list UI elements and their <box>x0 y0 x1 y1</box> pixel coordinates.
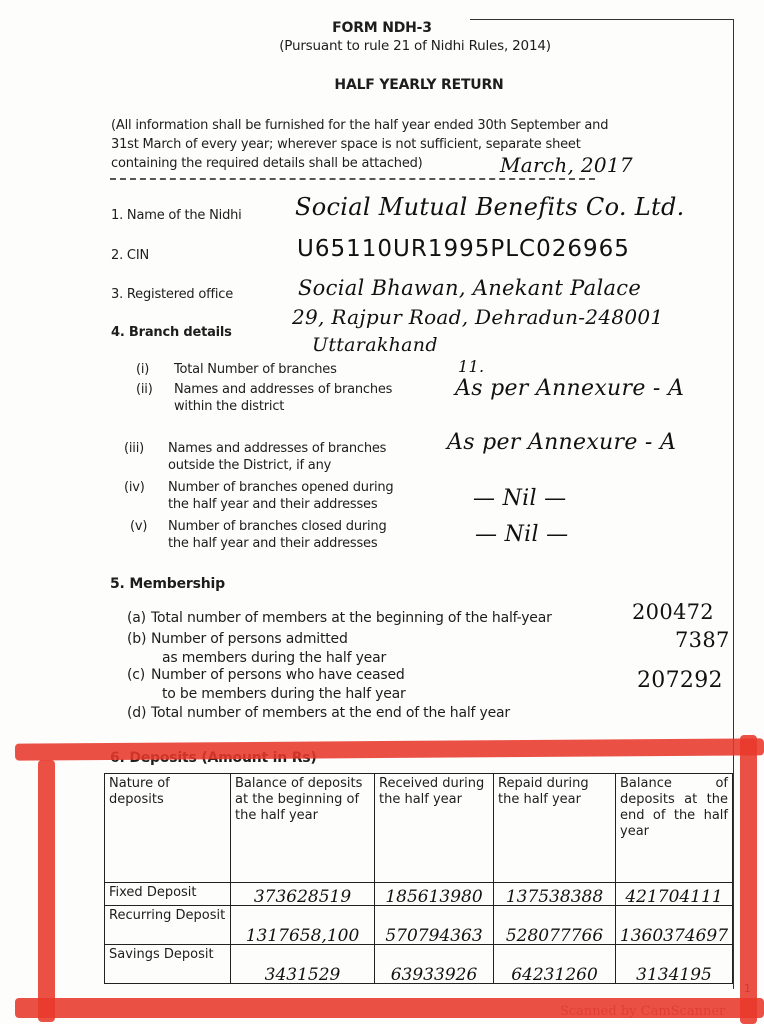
closing-balance: 421704111 <box>616 883 733 906</box>
membership-item-b: (b)Number of persons admitted as members… <box>127 630 386 668</box>
column-header: Balance of deposits at the end of the ha… <box>616 774 733 883</box>
members-admitted-value: 7387 <box>675 628 730 652</box>
column-header: Balance of deposits at the beginning of … <box>231 774 375 883</box>
branch-item-label-cont: outside the District, if any <box>124 457 386 474</box>
opening-balance: 1317658,100 <box>231 906 375 945</box>
cin-value: U65110UR1995PLC026965 <box>297 236 630 262</box>
branch-item-number: (i) <box>136 362 174 378</box>
instructions: (All information shall be furnished for … <box>111 116 726 173</box>
name-label: 1. Name of the Nidhi <box>111 208 242 223</box>
repaid-amount: 528077766 <box>494 906 616 945</box>
branch-item-label: Total Number of branches <box>174 362 337 377</box>
branch-item-label: Number of branches opened during <box>168 480 393 495</box>
branches-opened-value: — Nil — <box>473 486 566 511</box>
branch-item-4: (iv)Number of branches opened during the… <box>124 479 393 513</box>
form-title: FORM NDH-3 <box>0 20 764 36</box>
repaid-amount: 64231260 <box>494 945 616 984</box>
branch-item-number: (iii) <box>124 440 168 457</box>
closing-balance: 3134195 <box>616 945 733 984</box>
deposit-type: Fixed Deposit <box>105 883 231 906</box>
closing-balance: 1360374697 <box>616 906 733 945</box>
highlight-stroke-right <box>740 735 757 1024</box>
membership-item-label: Total number of members at the beginning… <box>151 610 552 626</box>
column-header: Repaid during the half year <box>494 774 616 883</box>
branch-item-number: (v) <box>130 518 168 535</box>
highlight-stroke-bottom <box>15 998 764 1018</box>
repaid-amount: 137538388 <box>494 883 616 906</box>
membership-heading: 5. Membership <box>110 576 225 592</box>
branches-within-district-value: As per Annexure - A <box>455 376 684 401</box>
office-label: 3. Registered office <box>111 287 233 302</box>
return-period: March, 2017 <box>500 153 633 177</box>
office-value-line-2: 29, Rajpur Road, Dehradun-248001 <box>292 305 663 329</box>
branch-item-5: (v)Number of branches closed during the … <box>130 518 387 552</box>
branch-item-label-cont: the half year and their addresses <box>130 535 387 552</box>
branch-item-label-cont: within the district <box>136 398 392 415</box>
column-header: Nature of deposits <box>105 774 231 883</box>
membership-item-label: Number of persons who have ceased <box>151 667 405 683</box>
opening-balance: 3431529 <box>231 945 375 984</box>
branch-item-label: Names and addresses of branches <box>174 382 392 397</box>
form-subtitle: (Pursuant to rule 21 of Nidhi Rules, 201… <box>0 38 764 54</box>
membership-item-a: (a)Total number of members at the beginn… <box>127 610 552 627</box>
membership-item-number: (d) <box>127 705 151 722</box>
instructions-line-2: 31st March of every year; wherever space… <box>111 135 726 154</box>
deposits-table: Nature of deposits Balance of deposits a… <box>104 773 733 984</box>
deposit-type: Recurring Deposit <box>105 906 231 945</box>
branch-item-number: (ii) <box>136 381 174 398</box>
table-row: Savings Deposit 3431529 63933926 6423126… <box>105 945 733 984</box>
members-ceased-value: 207292 <box>637 668 723 693</box>
form-heading: HALF YEARLY RETURN <box>0 77 764 93</box>
branches-outside-district-value: As per Annexure - A <box>447 430 676 455</box>
branch-item-number: (iv) <box>124 479 168 496</box>
table-row: Recurring Deposit 1317658,100 570794363 … <box>105 906 733 945</box>
highlight-stroke-left <box>38 760 55 1022</box>
membership-item-number: (a) <box>127 610 151 627</box>
branches-closed-value: — Nil — <box>475 522 568 547</box>
table-header-row: Nature of deposits Balance of deposits a… <box>105 774 733 883</box>
membership-item-label: Total number of members at the end of th… <box>151 705 510 721</box>
branch-item-2: (ii)Names and addresses of branches with… <box>136 381 392 415</box>
page-border-right <box>733 19 734 989</box>
table-row: Fixed Deposit 373628519 185613980 137538… <box>105 883 733 906</box>
membership-item-label: Number of persons admitted <box>151 631 348 647</box>
membership-item-label-cont: to be members during the half year <box>127 685 406 704</box>
column-header: Received during the half year <box>375 774 494 883</box>
received-amount: 63933926 <box>375 945 494 984</box>
branch-item-3: (iii)Names and addresses of branches out… <box>124 440 386 474</box>
received-amount: 185613980 <box>375 883 494 906</box>
branch-item-label-cont: the half year and their addresses <box>124 496 393 513</box>
instructions-line-1: (All information shall be furnished for … <box>111 116 726 135</box>
membership-item-c: (c)Number of persons who have ceased to … <box>127 666 406 704</box>
membership-item-number: (b) <box>127 630 151 649</box>
name-value: Social Mutual Benefits Co. Ltd. <box>295 193 685 221</box>
received-amount: 570794363 <box>375 906 494 945</box>
branch-item-1: (i)Total Number of branches <box>136 362 337 378</box>
cin-label: 2. CIN <box>111 248 149 263</box>
opening-balance: 373628519 <box>231 883 375 906</box>
branch-count-value: 11. <box>458 357 484 376</box>
office-value-line-1: Social Bhawan, Anekant Palace <box>298 276 641 300</box>
office-value-line-3: Uttarakhand <box>312 334 438 356</box>
members-beginning-value: 200472 <box>632 600 714 624</box>
deposit-type: Savings Deposit <box>105 945 231 984</box>
branch-item-label: Names and addresses of branches <box>168 441 386 456</box>
membership-item-d: (d)Total number of members at the end of… <box>127 705 510 722</box>
branch-item-label: Number of branches closed during <box>168 519 387 534</box>
instructions-line-3: containing the required details shall be… <box>111 154 726 173</box>
separator-line <box>110 178 595 180</box>
membership-item-number: (c) <box>127 666 151 685</box>
highlight-stroke-top <box>15 738 764 760</box>
branch-details-label: 4. Branch details <box>111 325 232 340</box>
